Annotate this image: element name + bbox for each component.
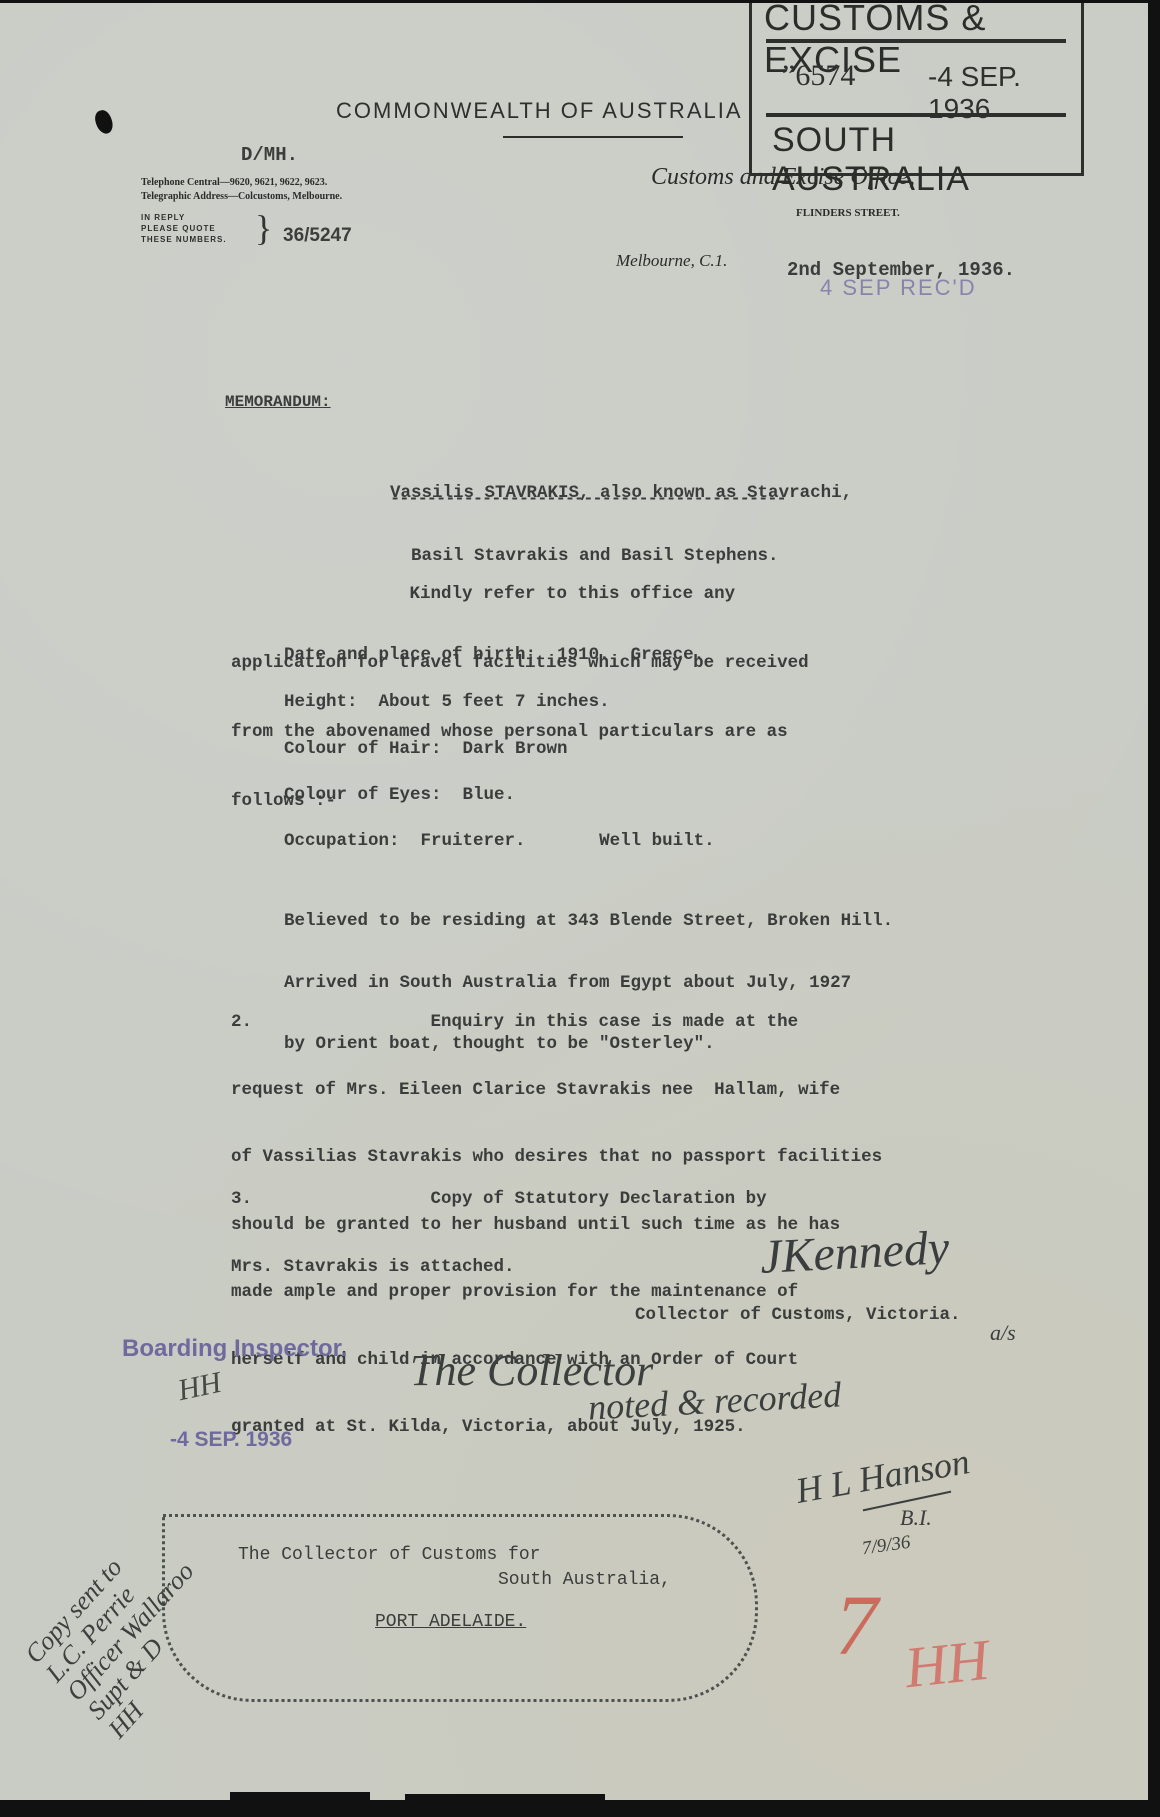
particular-label: Date and place of birth: [284, 645, 536, 665]
brace-glyph: } [255, 210, 272, 246]
paragraph-line: request of Mrs. Eileen Clarice Stavrakis… [231, 1079, 882, 1102]
stamp-state: SOUTH AUSTRALIA [772, 121, 1081, 199]
reply-note: IN REPLY PLEASE QUOTE THESE NUMBERS. [141, 212, 227, 245]
address-city: PORT ADELAIDE. [375, 1612, 526, 1632]
subject-divider: ----------------------------------------… [390, 490, 786, 509]
red-initials: HH [902, 1626, 992, 1701]
page-edge [0, 0, 1160, 3]
office-street: FLINDERS STREET. [796, 207, 900, 219]
paragraph-line: Mrs. Stavrakis is attached. [231, 1256, 767, 1279]
particular-hair: Colour of Hair: Dark Brown [284, 739, 568, 759]
handwritten-title: B.I. [900, 1505, 932, 1531]
particular-value: Blue. [463, 785, 516, 805]
reply-note-line: THESE NUMBERS. [141, 234, 227, 245]
stamp-rule [766, 39, 1066, 43]
stamp-rule [766, 113, 1066, 117]
file-initials: D/MH. [241, 144, 298, 166]
particular-value: Dark Brown [463, 739, 568, 759]
particular-birth: Date and place of birth: 1910. Greece. [284, 645, 704, 665]
particular-label: Colour of Hair: [284, 739, 442, 759]
page-edge [0, 1800, 1160, 1817]
telephone-line: Telephone Central—9620, 9621, 9622, 9623… [141, 176, 342, 190]
boarding-initials: HH [175, 1366, 224, 1408]
page-tear [1105, 1800, 1125, 1806]
signatory-title: Collector of Customs, Victoria. [635, 1305, 961, 1325]
paragraph-3: 3. Copy of Statutory Declaration by Mrs.… [231, 1143, 767, 1323]
handwritten-date: 7/9/36 [861, 1532, 912, 1561]
particular-occupation: Occupation: Fruiterer. Well built. [284, 831, 715, 851]
particular-label: Occupation: [284, 831, 400, 851]
boarding-date-stamp: -4 SEP. 1936 [170, 1428, 292, 1452]
paragraph-line: 2. Enquiry in this case is made at the [231, 1011, 882, 1034]
reference-number: 36/5247 [283, 225, 352, 247]
stamp-number: ”6574 [782, 59, 855, 93]
collector-signature: JKennedy [759, 1220, 951, 1285]
particular-height: Height: About 5 feet 7 inches. [284, 692, 610, 712]
letterhead-title: COMMONWEALTH OF AUSTRALIA [336, 98, 743, 124]
address-line: The Collector of Customs for [238, 1545, 540, 1565]
particular-label: Colour of Eyes: [284, 785, 442, 805]
boarding-inspector-stamp: Boarding Inspector. [122, 1335, 347, 1363]
particular-value: About 5 feet 7 inches. [379, 692, 610, 712]
address-frame [162, 1514, 758, 1702]
particular-value: 1910. Greece. [557, 645, 704, 665]
contact-info: Telephone Central—9620, 9621, 9622, 9623… [141, 176, 342, 204]
page-tear [405, 1794, 605, 1802]
punch-hole [92, 108, 115, 136]
letterhead-rule [503, 136, 683, 138]
memo-heading: MEMORANDUM: [225, 393, 331, 411]
particular-label: Height: [284, 692, 358, 712]
paragraph-line: Believed to be residing at 343 Blende St… [284, 911, 893, 932]
customs-excise-stamp: CUSTOMS & EXCISE ”6574 -4 SEP. 1936 SOUT… [749, 0, 1084, 176]
paragraph-line: granted at St. Kilda, Victoria, about Ju… [231, 1416, 882, 1439]
handwritten-corner-note: a/s [990, 1320, 1016, 1346]
page-tear [230, 1792, 370, 1802]
received-stamp: 4 SEP REC'D [820, 275, 977, 301]
document-page: COMMONWEALTH OF AUSTRALIA D/MH. Telephon… [0, 0, 1151, 1800]
page-edge [1148, 0, 1160, 1817]
particular-value: Fruiterer. Well built. [421, 831, 715, 851]
address-line: South Australia, [498, 1570, 671, 1590]
place: Melbourne, C.1. [616, 251, 727, 271]
reply-note-line: PLEASE QUOTE [141, 223, 227, 234]
paragraph-line: Kindly refer to this office any [231, 583, 809, 606]
paragraph-line: 3. Copy of Statutory Declaration by [231, 1188, 767, 1211]
reply-note-line: IN REPLY [141, 212, 227, 223]
telegraphic-line: Telegraphic Address—Colcustoms, Melbourn… [141, 190, 342, 204]
red-folio-number: 7 [835, 1575, 878, 1675]
particular-eyes: Colour of Eyes: Blue. [284, 785, 515, 805]
